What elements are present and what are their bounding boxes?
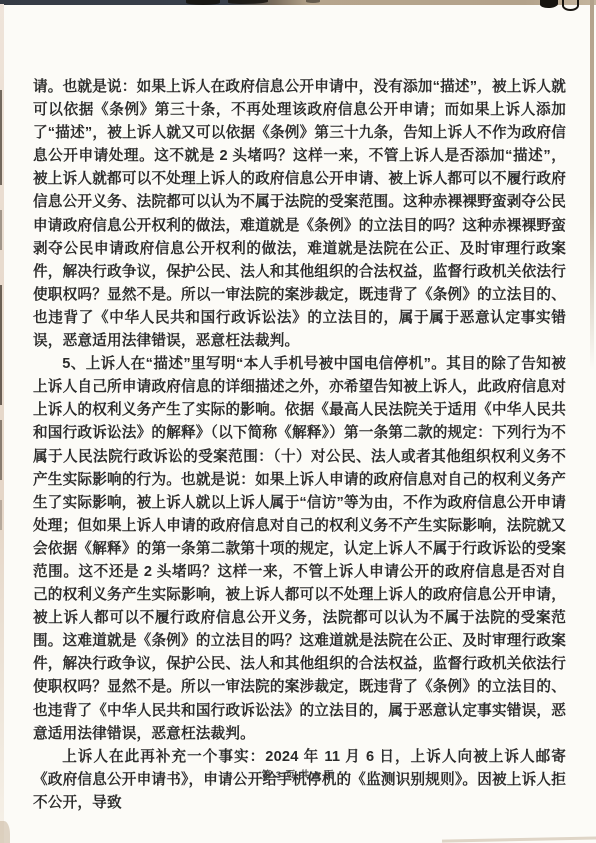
scan-smudge-mark xyxy=(306,0,320,3)
paragraph-continuation: 请。也就是说：如果上诉人在政府信息公开申请中，没有添加“描述”，被上诉人就可以依… xyxy=(33,76,566,353)
scan-smudge-mark xyxy=(186,0,220,5)
scan-edge-top xyxy=(0,0,596,5)
scan-smudge-mark xyxy=(562,0,579,11)
page-number: 第 3 页 共 6 页 xyxy=(0,767,596,781)
scan-smudge-mark xyxy=(540,0,558,8)
scan-edge-left-dark xyxy=(0,500,2,530)
scan-edge-right xyxy=(590,0,594,370)
scan-smudge-mark xyxy=(442,836,596,842)
scan-edge-left-dark xyxy=(0,285,2,405)
scanned-document-page: 请。也就是说：如果上诉人在政府信息公开申请中，没有添加“描述”，被上诉人就可以依… xyxy=(0,0,596,843)
scan-edge-left-dark xyxy=(0,90,2,185)
document-text-block: 请。也就是说：如果上诉人在政府信息公开申请中，没有添加“描述”，被上诉人就可以依… xyxy=(33,76,566,815)
scan-smudge-mark xyxy=(0,821,10,843)
paragraph-point-5: 5、上诉人在“描述”里写明“本人手机号被中国电信停机”。其目的除了告知被上诉人自… xyxy=(33,353,566,746)
scan-edge-left-dark xyxy=(0,210,2,250)
scan-edge-left-dark xyxy=(0,420,2,480)
